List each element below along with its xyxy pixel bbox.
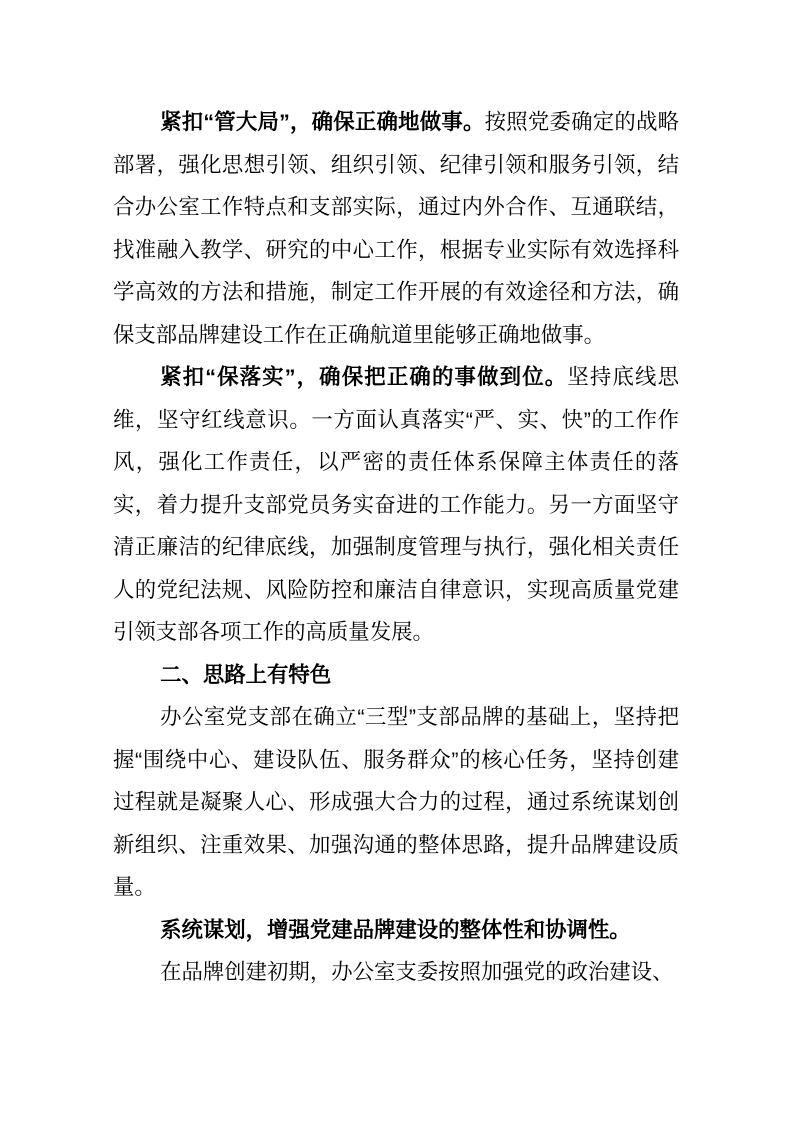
paragraph-brand-approach: 办公室党支部在确立“三型”支部品牌的基础上，坚持把握“围绕中心、建设队伍、服务群… <box>113 696 679 909</box>
paragraph-grasp-big-picture: 紧扣“管大局”，确保正确地做事。按照党委确定的战略部署，强化思想引领、组织引领、… <box>113 101 679 356</box>
paragraph-body-text: 坚持底线思维，坚守红线意识。一方面认真落实“严、实、快”的工作作风，强化工作责任… <box>113 365 679 644</box>
paragraph-body-text: 按照党委确定的战略部署，强化思想引领、组织引领、纪律引领和服务引领，结合办公室工… <box>113 110 679 347</box>
paragraph-ensure-implementation: 紧扣“保落实”，确保把正确的事做到位。坚持底线思维，坚守红线意识。一方面认真落实… <box>113 356 679 654</box>
paragraph-lead-bold: 紧扣“管大局”，确保正确地做事。 <box>160 110 485 134</box>
section-heading: 二、思路上有特色 <box>113 654 679 697</box>
document-viewport: { "page": { "background_color": "#ffffff… <box>0 0 793 1122</box>
paragraph-body-text: 在品牌创建初期，办公室支委按照加强党的政治建设、 <box>160 960 673 984</box>
document-page: 紧扣“管大局”，确保正确地做事。按照党委确定的战略部署，强化思想引领、组织引领、… <box>0 0 793 1122</box>
paragraph-body-text: 办公室党支部在确立“三型”支部品牌的基础上，坚持把握“围绕中心、建设队伍、服务群… <box>113 705 679 899</box>
paragraph-lead-bold: 紧扣“保落实”，确保把正确的事做到位。 <box>160 365 567 389</box>
paragraph-brand-initial-stage: 在品牌创建初期，办公室支委按照加强党的政治建设、 <box>113 951 679 994</box>
paragraph-systematic-planning: 系统谋划，增强党建品牌建设的整体性和协调性。 <box>113 909 679 952</box>
